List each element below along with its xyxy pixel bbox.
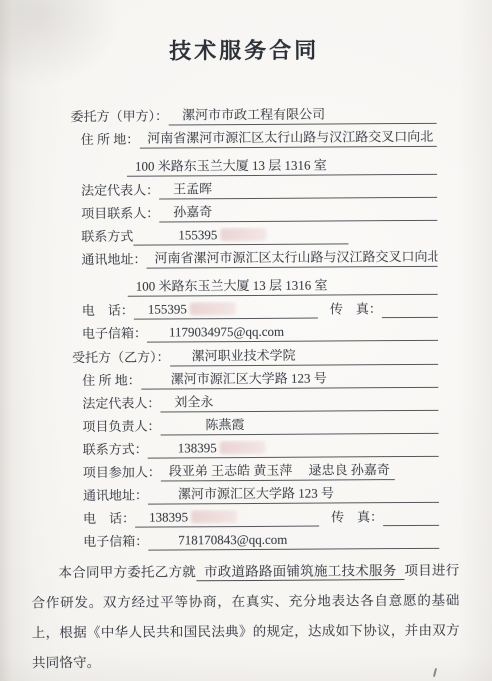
party-a-mailing-continuation-row: 100 米路东玉兰大厦 13 层 1316 室: [72, 267, 438, 297]
party-b-project-lead-value: 陈燕霞: [160, 413, 438, 436]
party-a-phone-row: 电 话： 155395 传 真：: [72, 295, 438, 320]
party-a-mailing-label: 通讯地址：: [81, 249, 146, 269]
party-b-legal-rep-value: 刘全永: [160, 390, 438, 413]
party-a-phone-number: 155395: [148, 301, 187, 317]
party-b-project-lead-label: 项目负责人：: [82, 416, 160, 436]
party-a-legal-rep-label: 法定代表人：: [81, 180, 159, 200]
party-b-fax-label: 传 真：: [331, 506, 383, 526]
party-a-contact-method-value: 155395: [133, 226, 348, 245]
contract-document: 技术服务合同 委托方（甲方）： 漯河市市政工程有限公司 住 所 地： 河南省漯河…: [0, 0, 492, 681]
party-b-phone-row: 电 话： 138395 传 真：: [73, 503, 439, 528]
party-b-phone-value: 138395: [135, 509, 319, 528]
contract-title: 技术服务合同: [0, 33, 490, 67]
party-b-role-value: 漯河职业技术学院: [170, 344, 439, 367]
redaction-blur: [190, 302, 236, 315]
redaction-blur: [191, 510, 237, 523]
party-a-contact-method-number: 155395: [178, 227, 217, 243]
party-a-fax-value-blank: [382, 316, 438, 318]
party-b-address-label: 住 所 地：: [82, 370, 141, 390]
party-b-mailing-label: 通讯地址：: [83, 485, 148, 505]
party-b-mailing-row: 通讯地址： 漯河市源汇区大学路 123 号: [73, 480, 439, 505]
party-a-address-label: 住 所 地：: [81, 129, 140, 149]
contract-fields: 委托方（甲方）： 漯河市市政工程有限公司 住 所 地： 河南省漯河市源汇区太行山…: [71, 100, 440, 551]
party-b-phone-number: 138395: [149, 509, 188, 525]
party-a-role-label: 委托方（甲方）：: [71, 105, 169, 126]
party-a-project-contact-label: 项目联系人：: [81, 203, 159, 223]
party-b-contact-method-value: 138395: [148, 439, 439, 459]
party-b-contact-method-label: 联系方式：: [83, 439, 148, 459]
party-b-role-row: 受托方（乙方）： 漯河职业技术学院: [72, 341, 438, 367]
party-a-address-continuation-row: 100 米路东玉兰大厦 13 层 1316 室: [71, 147, 437, 177]
party-b-legal-rep-row: 法定代表人： 刘全永: [72, 388, 438, 413]
party-b-participants-label: 项目参加人：: [83, 462, 161, 482]
party-a-email-value: 1179034975@qq.com: [147, 323, 438, 343]
party-b-participants-row: 项目参加人： 段亚弟 王志皓 黄玉萍 逯忠良 孙嘉奇: [73, 457, 439, 482]
party-a-address-row: 住 所 地： 河南省漯河市源汇区太行山路与汉江路交叉口向北: [71, 124, 437, 149]
party-b-address-value: 漯河市源汇区大学路 123 号: [141, 367, 439, 390]
party-b-contact-method-number: 138395: [178, 440, 217, 456]
closing-paragraph: 本合同甲方委托乙方就市政道路路面铺筑施工技术服务项目进行合作研发。双方经过平等协…: [31, 556, 460, 679]
party-a-project-contact-value: 孙嘉奇: [159, 200, 437, 223]
party-a-project-contact-row: 项目联系人： 孙嘉奇: [71, 198, 437, 223]
party-b-mailing-value: 漯河市源汇区大学路 123 号: [148, 482, 439, 505]
party-b-email-value: 718170843@qq.com: [148, 531, 439, 551]
redaction-blur: [220, 441, 266, 454]
party-a-mailing-row: 通讯地址： 河南省漯河市源汇区太行山路与汉江路交叉口向北: [71, 244, 437, 269]
party-b-role-label: 受托方（乙方）：: [72, 346, 170, 367]
party-b-email-row: 电子信箱： 718170843@qq.com: [73, 526, 439, 551]
party-a-role-value: 漯河市市政工程有限公司: [168, 103, 437, 126]
party-a-contact-method-label: 联系方式: [81, 226, 133, 246]
party-b-fax-value-blank: [383, 524, 439, 526]
party-a-address-value-line2: 100 米路东玉兰大厦 13 层 1316 室: [127, 154, 437, 177]
party-a-legal-rep-value: 王孟晖: [159, 177, 437, 200]
party-b-phone-label: 电 话：: [83, 508, 135, 528]
party-a-mailing-value-line1: 河南省漯河市源汇区太行山路与汉江路交叉口向北: [146, 246, 437, 269]
closing-lead-text: 本合同甲方委托乙方就: [58, 564, 196, 580]
party-a-contact-method-row: 联系方式 155395: [71, 221, 437, 246]
party-b-contact-method-row: 联系方式： 138395: [73, 434, 439, 459]
project-name-underlined: 市政道路路面铺筑施工技术服务: [196, 563, 405, 581]
party-a-email-row: 电子信箱： 1179034975@qq.com: [72, 318, 438, 343]
party-b-legal-rep-label: 法定代表人：: [82, 393, 160, 413]
party-b-participants-value: 段亚弟 王志皓 黄玉萍 逯忠良 孙嘉奇: [161, 459, 395, 481]
party-a-address-value-line1: 河南省漯河市源汇区太行山路与汉江路交叉口向北: [139, 126, 437, 149]
party-b-project-lead-row: 项目负责人： 陈燕霞: [72, 411, 438, 436]
party-a-email-label: 电子信箱：: [82, 323, 147, 343]
scanned-paper-background: 技术服务合同 委托方（甲方）： 漯河市市政工程有限公司 住 所 地： 河南省漯河…: [0, 0, 492, 681]
party-a-phone-label: 电 话：: [82, 300, 134, 320]
party-b-email-label: 电子信箱：: [83, 531, 148, 551]
party-b-address-row: 住 所 地： 漯河市源汇区大学路 123 号: [72, 365, 438, 390]
party-a-legal-rep-row: 法定代表人： 王孟晖: [71, 175, 437, 200]
party-a-fax-label: 传 真：: [330, 298, 382, 318]
redaction-blur: [220, 228, 266, 241]
party-a-role-row: 委托方（甲方）： 漯河市市政工程有限公司: [71, 100, 437, 126]
party-a-mailing-value-line2: 100 米路东玉兰大厦 13 层 1316 室: [128, 274, 438, 297]
party-a-phone-value: 155395: [134, 301, 318, 320]
